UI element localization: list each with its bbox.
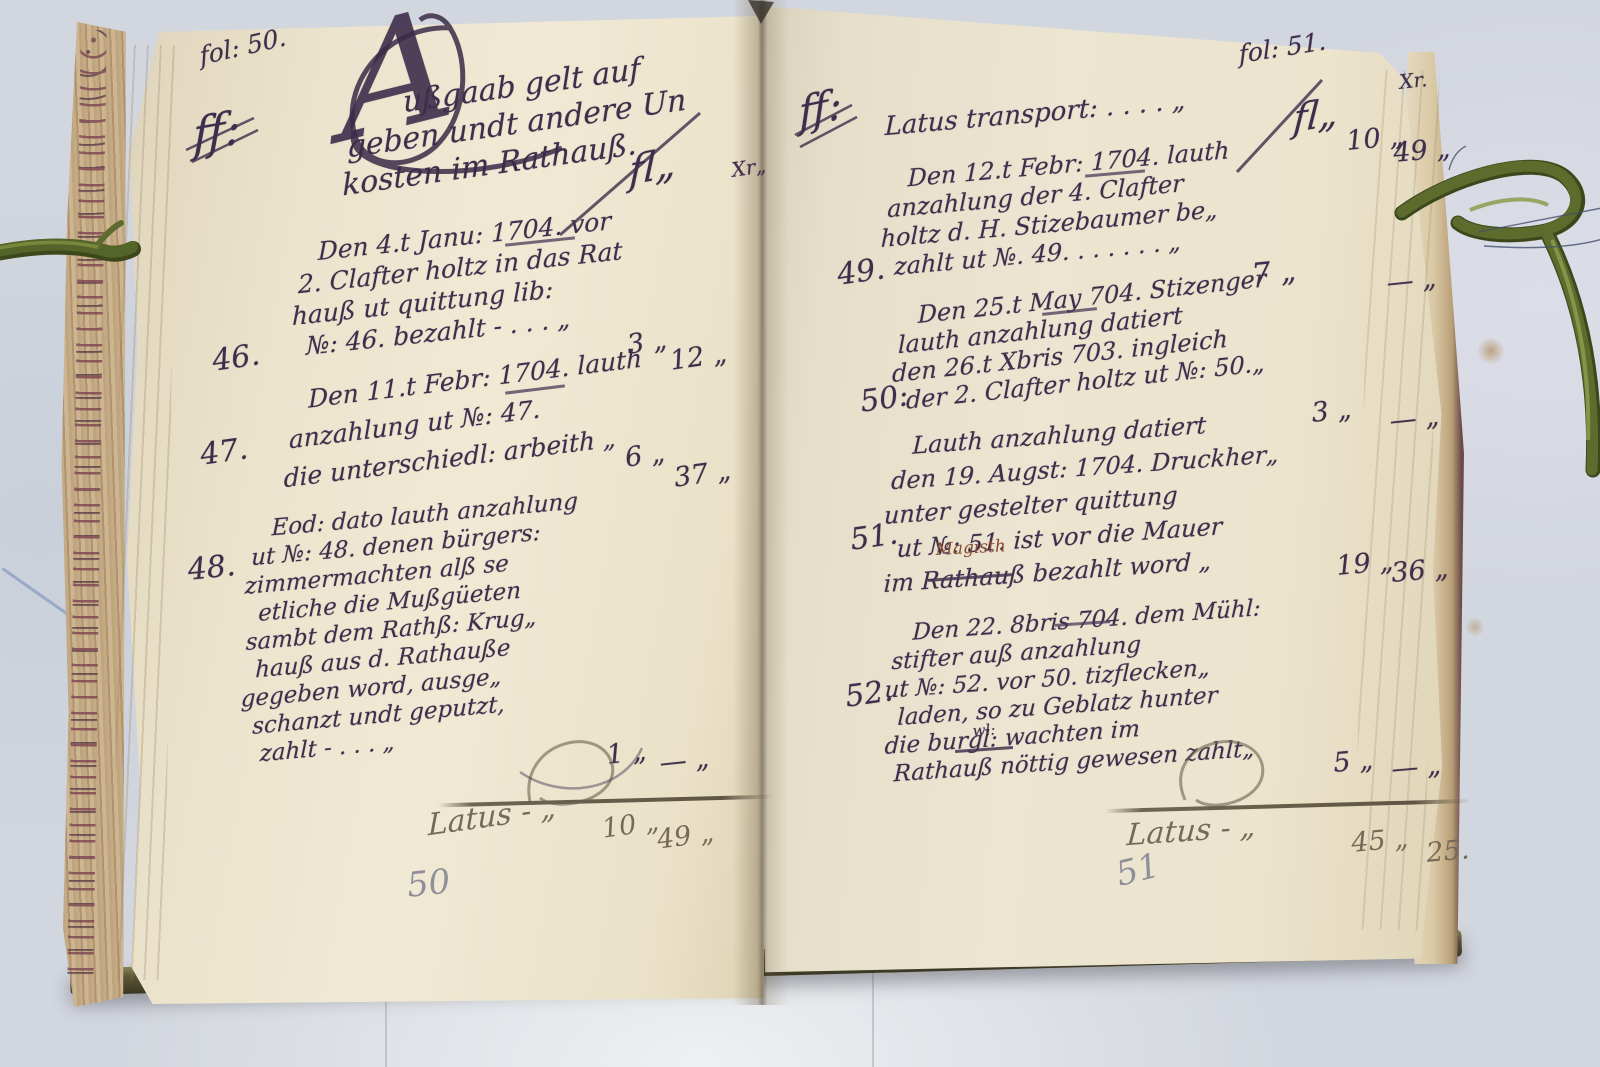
stray-threads: [1449, 146, 1600, 248]
pencil-page-number-left: 50: [405, 861, 452, 905]
foxing-spot: [1466, 616, 1484, 638]
kreuzer-header-right: Xr.: [1398, 67, 1428, 94]
entry-47-amount-fl: 6 „: [623, 437, 667, 473]
kreuzer-header-left: Xr„: [730, 153, 767, 182]
florin-sign-left: fl„: [628, 140, 676, 195]
entry-48-text: Eod: dato lauth anzahlung ut №: 48. dene…: [248, 487, 579, 769]
entry-50-amount-xr: — „: [1388, 401, 1441, 437]
entry-52-amount-xr: — „: [1390, 750, 1442, 785]
entry-46-number: 46.: [210, 337, 262, 378]
latus-fl-right: 45 „: [1350, 823, 1409, 859]
entry-52-amount-fl: 5 „: [1332, 745, 1374, 779]
entry-48-amount-xr: — „: [658, 743, 711, 779]
entry-48-amount-fl: 1 „: [605, 736, 648, 771]
entry-51-text: Lauth anzahlung datiert den 19. Augst: 1…: [887, 403, 1280, 601]
page-edge-streaks-left: [113, 45, 175, 980]
tile-seam: [872, 972, 874, 1067]
right-cord-highlight: [1470, 199, 1588, 440]
entry-51-amount-fl: 19 „: [1335, 546, 1394, 582]
entry-49-number: 49.: [835, 251, 887, 292]
foxing-spot: [1478, 336, 1504, 366]
photo-of-ledger: { "palette":{"ink":"#3e2e4c","ink_faded"…: [0, 0, 1600, 1067]
latus-xr-right: 25.: [1425, 834, 1470, 869]
florin-mark-right: ff:: [798, 79, 843, 138]
entry-51-amount-xr: 36 „: [1390, 553, 1449, 589]
entry-51-correction: Magisth: [935, 536, 1006, 560]
transport-xr: 49 „: [1392, 133, 1451, 169]
tile-seam: [385, 992, 387, 1067]
entry-50-amount-fl: 3 „: [1310, 394, 1353, 429]
book-gutter-shadow: [733, 0, 789, 1005]
entry-47-number: 47.: [198, 431, 250, 472]
florin-sign-right: fl„: [1292, 90, 1340, 141]
entry-52-insert: wl:: [972, 720, 996, 740]
entry-48-number: 48.: [186, 548, 237, 588]
entry-49-amount-xr: — „: [1385, 263, 1438, 299]
florin-mark-left: ff:: [193, 100, 240, 163]
